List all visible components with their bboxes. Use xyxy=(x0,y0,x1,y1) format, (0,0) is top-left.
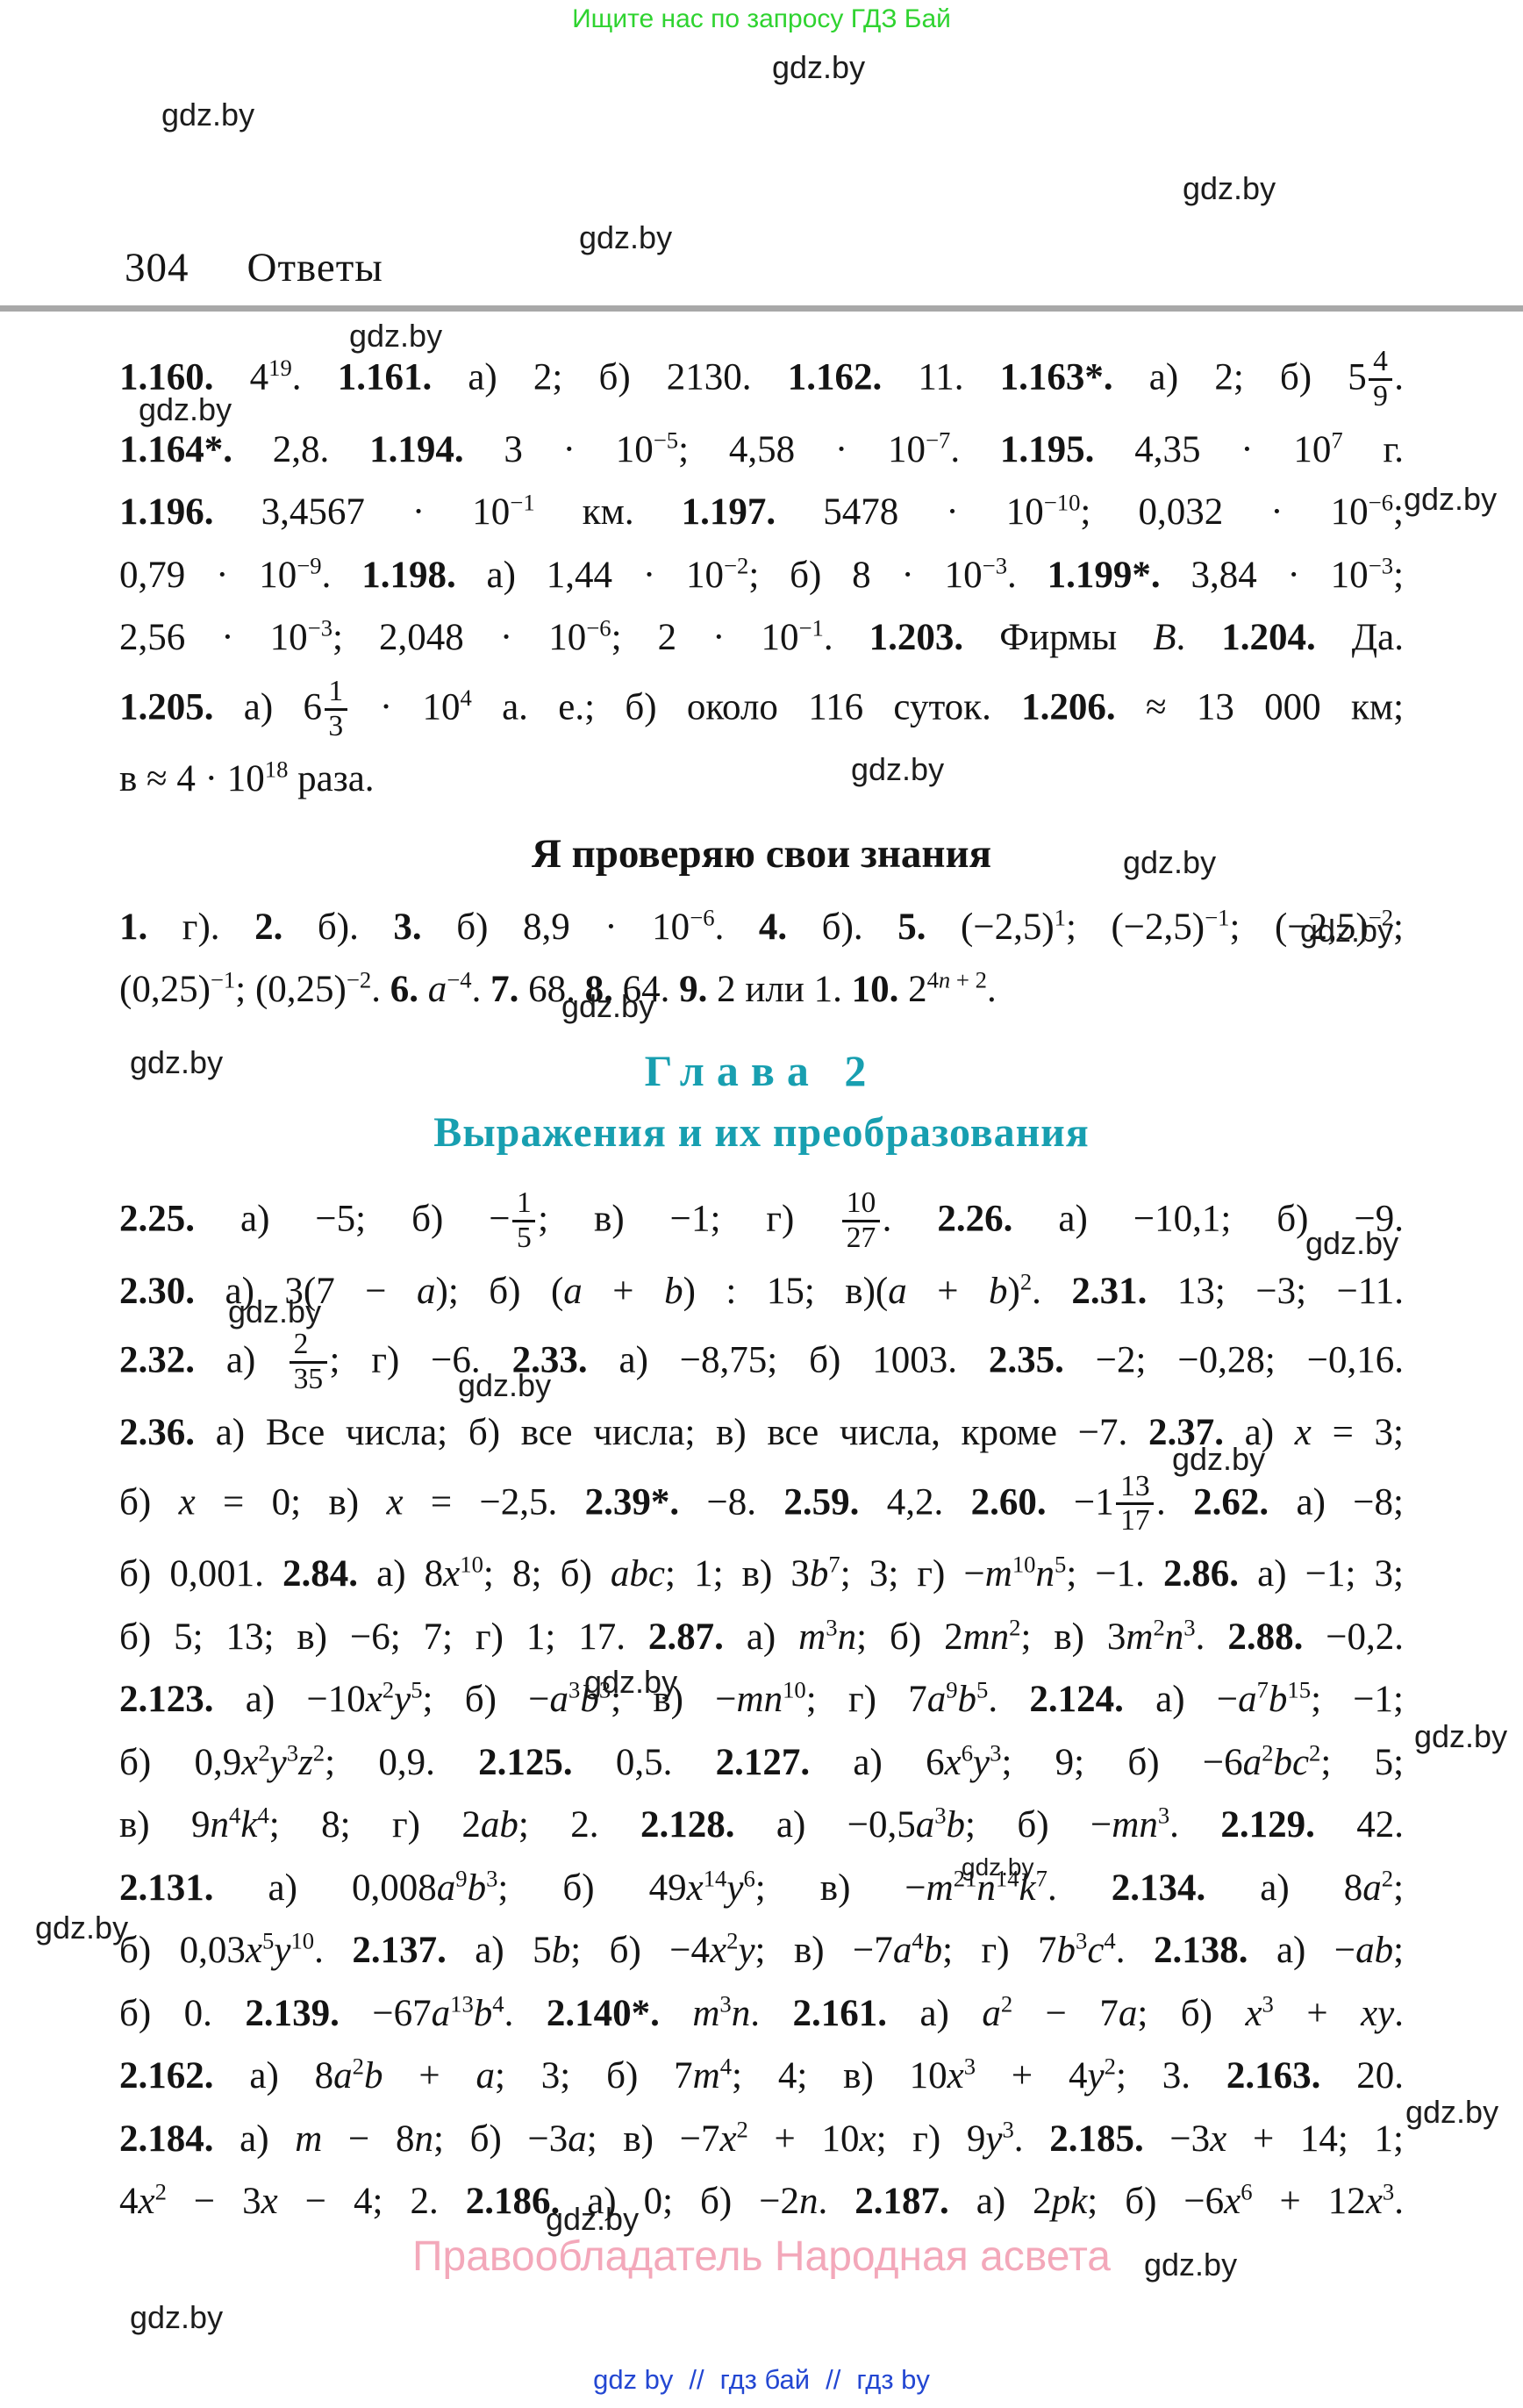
problem-number: 2.86. xyxy=(1163,1553,1239,1595)
problem-number: 2.59. xyxy=(783,1481,859,1523)
watermark-gdz: gdz.by xyxy=(546,2201,639,2238)
answer-line: 0,79 · 10−9. 1.198. а) 1,44 · 10−2; б) 8… xyxy=(119,550,1404,601)
problem-number: 2.123. xyxy=(119,1679,214,1720)
watermark-gdz: gdz.by xyxy=(1405,2094,1498,2131)
fraction: 235 xyxy=(290,1329,327,1396)
problem-number: 1.161. xyxy=(338,356,433,398)
footer-separator: // xyxy=(826,2364,840,2395)
scanned-answers-page: Ищите нас по запросу ГДЗ Бай 304Ответы 1… xyxy=(0,0,1523,2408)
watermark-gdz: gdz.by xyxy=(458,1367,551,1404)
watermark-gdz: gdz.by xyxy=(228,1294,321,1330)
watermark-gdz: gdz.by xyxy=(130,1044,223,1081)
answer-line: б) x = 0; в) x = −2,5. 2.39*. −8. 2.59. … xyxy=(119,1471,1404,1538)
watermark-gdz: gdz.by xyxy=(579,219,672,256)
fraction: 1027 xyxy=(842,1187,880,1255)
problem-number: 1. xyxy=(119,907,147,948)
problem-number: 2.187. xyxy=(854,2181,949,2222)
problem-number: 2.39*. xyxy=(585,1481,680,1523)
footer-link-gdz-by[interactable]: gdz by xyxy=(593,2364,673,2395)
problem-number: 2.30. xyxy=(119,1271,195,1312)
header-rule xyxy=(0,305,1523,312)
problem-number: 2.127. xyxy=(716,1742,811,1783)
watermark-gdz: gdz.by xyxy=(962,1853,1034,1881)
problem-number: 2.140*. xyxy=(547,1993,660,2034)
problem-number: 2. xyxy=(254,907,282,948)
footer-links: gdz by//гдз бай//гдз by xyxy=(0,2364,1523,2396)
answer-line: 2.25. а) −5; б) −15; в) −1; г) 1027. 2.2… xyxy=(119,1187,1404,1255)
problem-number: 2.163. xyxy=(1226,2055,1321,2096)
problem-number: 1.198. xyxy=(361,555,456,596)
problem-number: 2.35. xyxy=(989,1340,1064,1381)
problem-number: 2.62. xyxy=(1193,1481,1269,1523)
watermark-gdz: gdz.by xyxy=(1404,481,1497,518)
problem-number: 4. xyxy=(759,907,787,948)
problem-number: 1.206. xyxy=(1021,686,1116,727)
fraction: 49 xyxy=(1369,346,1391,413)
problem-number: 2.36. xyxy=(119,1412,195,1453)
problem-number: 2.124. xyxy=(1029,1679,1124,1720)
problem-number: 2.31. xyxy=(1071,1271,1147,1312)
answer-line: в ≈ 4 · 1018 раза. xyxy=(119,754,1404,805)
answer-line: 2.131. а) 0,008a9b3; б) 49x14y6; в) −m21… xyxy=(119,1863,1404,1914)
copyright-line: Правообладатель Народная асвета xyxy=(0,2232,1523,2281)
problem-number: 2.139. xyxy=(245,1993,340,2034)
problem-number: 1.197. xyxy=(682,491,776,533)
answer-line: б) 0,001. 2.84. а) 8x10; 8; б) abc; 1; в… xyxy=(119,1549,1404,1600)
problem-number: 2.161. xyxy=(792,1993,887,2034)
promo-banner: Ищите нас по запросу ГДЗ Бай xyxy=(0,4,1523,34)
problem-number: 1.196. xyxy=(119,491,214,533)
watermark-gdz: gdz.by xyxy=(1144,2247,1237,2283)
answers-body: 1.160. 419. 1.161. а) 2; б) 2130. 1.162.… xyxy=(119,346,1404,2239)
problem-number: 2.26. xyxy=(937,1198,1012,1239)
problem-number: 3. xyxy=(393,907,421,948)
answer-line: 2.32. а) 235; г) −6. 2.33. а) −8,75; б) … xyxy=(119,1329,1404,1396)
problem-number: 2.129. xyxy=(1220,1804,1315,1845)
problem-number: 6. xyxy=(390,969,418,1010)
problem-number: 1.162. xyxy=(788,356,883,398)
problem-number: 2.87. xyxy=(648,1616,724,1658)
answer-line: 1. г). 2. б). 3. б) 8,9 · 10−6. 4. б). 5… xyxy=(119,902,1404,953)
watermark-gdz: gdz.by xyxy=(349,318,442,355)
answer-line: б) 0,03x5y10. 2.137. а) 5b; б) −4x2y; в)… xyxy=(119,1925,1404,1976)
answer-line: 4x2 − 3x − 4; 2. 2.186. а) 0; б) −2n. 2.… xyxy=(119,2176,1404,2227)
watermark-gdz: gdz.by xyxy=(139,391,232,428)
answer-line: 2,56 · 10−3; 2,048 · 10−6; 2 · 10−1. 1.2… xyxy=(119,613,1404,663)
answer-line: 1.160. 419. 1.161. а) 2; б) 2130. 1.162.… xyxy=(119,346,1404,413)
problem-number: 1.163*. xyxy=(1000,356,1113,398)
problem-number: 2.32. xyxy=(119,1340,195,1381)
footer-link-gdz-by-2[interactable]: гдз by xyxy=(856,2364,930,2395)
watermark-gdz: gdz.by xyxy=(1123,844,1216,881)
problem-number: 1.164*. xyxy=(119,429,232,470)
problem-number: 2.25. xyxy=(119,1198,195,1239)
problem-number: 2.84. xyxy=(282,1553,358,1595)
problem-number: 2.131. xyxy=(119,1867,214,1909)
problem-number: 2.60. xyxy=(971,1481,1047,1523)
problem-number: 2.162. xyxy=(119,2055,214,2096)
page-number: 304 xyxy=(125,244,189,291)
answer-line: б) 5; 13; в) −6; 7; г) 1; 17. 2.87. а) m… xyxy=(119,1612,1404,1663)
watermark-gdz: gdz.by xyxy=(1183,170,1276,207)
answer-line: 1.196. 3,4567 · 10−1 км. 1.197. 5478 · 1… xyxy=(119,487,1404,538)
watermark-gdz: gdz.by xyxy=(772,49,865,86)
watermark-gdz: gdz.by xyxy=(35,1910,128,1946)
problem-number: 1.194. xyxy=(369,429,464,470)
problem-number: 2.137. xyxy=(352,1930,447,1971)
watermark-gdz: gdz.by xyxy=(130,2299,223,2336)
answer-line: 2.162. а) 8a2b + a; 3; б) 7m4; 4; в) 10x… xyxy=(119,2051,1404,2102)
problem-number: 2.138. xyxy=(1154,1930,1248,1971)
fraction: 15 xyxy=(512,1187,535,1255)
problem-number: 2.128. xyxy=(640,1804,735,1845)
answer-line: 1.205. а) 613 · 104 а. е.; б) около 116 … xyxy=(119,676,1404,743)
watermark-gdz: gdz.by xyxy=(161,97,254,133)
problem-number: 1.203. xyxy=(869,617,964,658)
answer-line: в) 9n4k4; 8; г) 2ab; 2. 2.128. а) −0,5a3… xyxy=(119,1800,1404,1851)
watermark-gdz: gdz.by xyxy=(1172,1441,1265,1478)
page-header: 304Ответы xyxy=(125,244,383,291)
answer-line: 2.184. а) m − 8n; б) −3a; в) −7x2 + 10x;… xyxy=(119,2114,1404,2165)
problem-number: 2.134. xyxy=(1112,1867,1206,1909)
answer-line: б) 0. 2.139. −67a13b4. 2.140*. m3n. 2.16… xyxy=(119,1989,1404,2039)
answer-line: (0,25)−1; (0,25)−2. 6. a−4. 7. 68. 8. 64… xyxy=(119,964,1404,1015)
problem-number: 1.205. xyxy=(119,686,214,727)
answer-line: б) 0,9x2y3z2; 0,9. 2.125. 0,5. 2.127. а)… xyxy=(119,1738,1404,1788)
watermark-gdz: gdz.by xyxy=(851,751,944,788)
watermark-gdz: gdz.by xyxy=(1305,1225,1398,1262)
problem-number: 1.195. xyxy=(1000,429,1095,470)
section-heading-chapter: Глава 2 xyxy=(119,1041,1404,1100)
watermark-gdz: gdz.by xyxy=(1300,913,1393,950)
fraction: 1317 xyxy=(1116,1471,1154,1538)
footer-separator: // xyxy=(689,2364,704,2395)
footer-link-gdz-bai[interactable]: гдз бай xyxy=(720,2364,810,2395)
watermark-gdz: gdz.by xyxy=(584,1664,677,1701)
answer-line: 2.123. а) −10x2y5; б) −a3b3; в) −mn10; г… xyxy=(119,1674,1404,1725)
problem-number: 5. xyxy=(897,907,926,948)
page-title: Ответы xyxy=(247,245,383,290)
problem-number: 10. xyxy=(852,969,899,1010)
section-heading-subtitle: Выражения и их преобразования xyxy=(119,1104,1404,1161)
problem-number: 9. xyxy=(679,969,707,1010)
problem-number: 7. xyxy=(490,969,518,1010)
problem-number: 2.185. xyxy=(1049,2118,1144,2160)
problem-number: 1.199*. xyxy=(1048,555,1161,596)
watermark-gdz: gdz.by xyxy=(561,988,654,1025)
answer-line: 1.164*. 2,8. 1.194. 3 · 10−5; 4,58 · 10−… xyxy=(119,425,1404,476)
problem-number: 2.125. xyxy=(478,1742,573,1783)
problem-number: 2.184. xyxy=(119,2118,214,2160)
fraction: 13 xyxy=(325,676,347,743)
problem-number: 1.204. xyxy=(1221,617,1316,658)
watermark-gdz: gdz.by xyxy=(1414,1718,1507,1755)
problem-number: 2.88. xyxy=(1227,1616,1303,1658)
